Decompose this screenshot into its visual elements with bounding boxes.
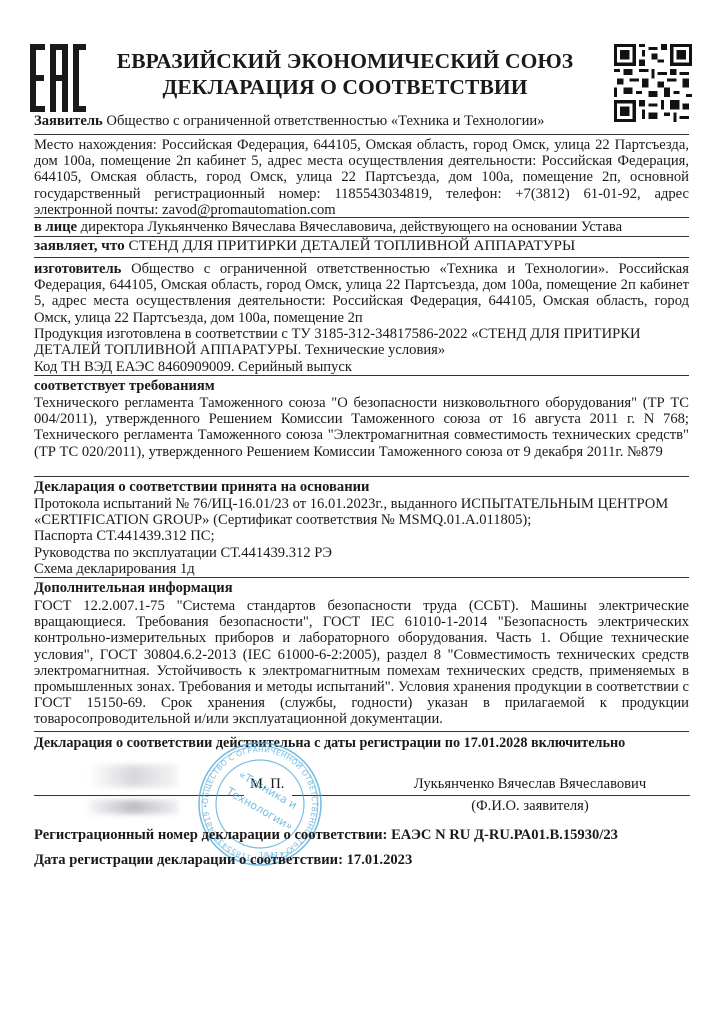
registration-number-value: ЕАЭС N RU Д-RU.РА01.В.15930/23: [391, 827, 618, 843]
redacted-signature: [88, 765, 178, 787]
divider: [34, 476, 689, 477]
title-declaration: ДЕКЛАРАЦИЯ О СООТВЕТСТВИИ: [110, 74, 580, 100]
additional-heading: Дополнительная информация: [34, 580, 689, 596]
registration-date-value: 17.01.2023: [347, 852, 413, 868]
represented-by-label: в лице: [34, 219, 77, 235]
divider: [34, 731, 689, 732]
registration-date-row: Дата регистрации декларации о соответств…: [34, 852, 689, 868]
manufacturer-row: изготовитель Общество с ограниченной отв…: [34, 261, 689, 326]
validity-text: Декларация о соответствии действительна …: [34, 735, 689, 751]
divider: [34, 257, 689, 258]
registration-date-label: Дата регистрации декларации о соответств…: [34, 852, 343, 868]
applicant-row: Заявитель Общество с ограниченной ответс…: [34, 113, 689, 129]
basis-manual: Руководства по эксплуатации СТ.441439.31…: [34, 545, 689, 561]
declaration-document: ЕВРАЗИЙСКИЙ ЭКОНОМИЧЕСКИЙ СОЮЗ ДЕКЛАРАЦИ…: [0, 0, 724, 1024]
declares-row: заявляет, что СТЕНД ДЛЯ ПРИТИРКИ ДЕТАЛЕЙ…: [34, 238, 689, 254]
declares-label: заявляет, что: [34, 237, 125, 254]
redacted-signature: [88, 800, 178, 814]
declaration-scheme: Схема декларирования 1д: [34, 561, 689, 577]
eac-logo-icon: [30, 44, 86, 112]
divider: [34, 134, 689, 135]
registration-number-row: Регистрационный номер декларации о соотв…: [34, 827, 689, 843]
document-title: ЕВРАЗИЙСКИЙ ЭКОНОМИЧЕСКИЙ СОЮЗ ДЕКЛАРАЦИ…: [110, 48, 580, 100]
name-line: [292, 795, 690, 796]
qr-code-icon[interactable]: [614, 44, 692, 122]
additional-text: ГОСТ 12.2.007.1-75 "Система стандартов б…: [34, 598, 689, 728]
hs-code: Код ТН ВЭД ЕАЭС 8460909009. Серийный вып…: [34, 359, 689, 375]
basis-passport: Паспорта СТ.441439.312 ПС;: [34, 528, 689, 544]
company-stamp-icon: ОБЩЕСТВО С ОГРАНИЧЕННОЙ ОТВЕТСТВЕННОСТЬЮ…: [196, 740, 324, 868]
title-union: ЕВРАЗИЙСКИЙ ЭКОНОМИЧЕСКИЙ СОЮЗ: [110, 48, 580, 74]
basis-list: Протокола испытаний № 76/ИЦ-16.01/23 от …: [34, 496, 689, 577]
signer-caption: (Ф.И.О. заявителя): [380, 798, 680, 815]
represented-by-value: директора Лукьянченко Вячеслава Вячеслав…: [81, 219, 622, 235]
divider: [34, 217, 689, 218]
represented-by-row: в лице директора Лукьянченко Вячеслава В…: [34, 219, 689, 235]
requirements-text: Технического регламента Таможенного союз…: [34, 395, 689, 460]
manufacturer-value: Общество с ограниченной ответственностью…: [34, 261, 689, 326]
registration-number-label: Регистрационный номер декларации о соотв…: [34, 827, 387, 843]
divider: [34, 375, 689, 376]
basis-test-protocol: Протокола испытаний № 76/ИЦ-16.01/23 от …: [34, 496, 689, 528]
location-text: Место нахождения: Российская Федерация, …: [34, 137, 689, 218]
signer-name: Лукьянченко Вячеслав Вячеславович: [380, 776, 680, 793]
manufacturer-label: изготовитель: [34, 261, 121, 277]
requirements-heading: соответствует требованиям: [34, 378, 689, 394]
basis-heading: Декларация о соответствии принята на осн…: [34, 479, 689, 495]
divider: [34, 577, 689, 578]
applicant-value: Общество с ограниченной ответственностью…: [106, 113, 544, 129]
applicant-label: Заявитель: [34, 113, 103, 129]
production-standard: Продукция изготовлена в соответствии с Т…: [34, 326, 689, 358]
product-name: СТЕНД ДЛЯ ПРИТИРКИ ДЕТАЛЕЙ ТОПЛИВНОЙ АПП…: [129, 237, 576, 254]
